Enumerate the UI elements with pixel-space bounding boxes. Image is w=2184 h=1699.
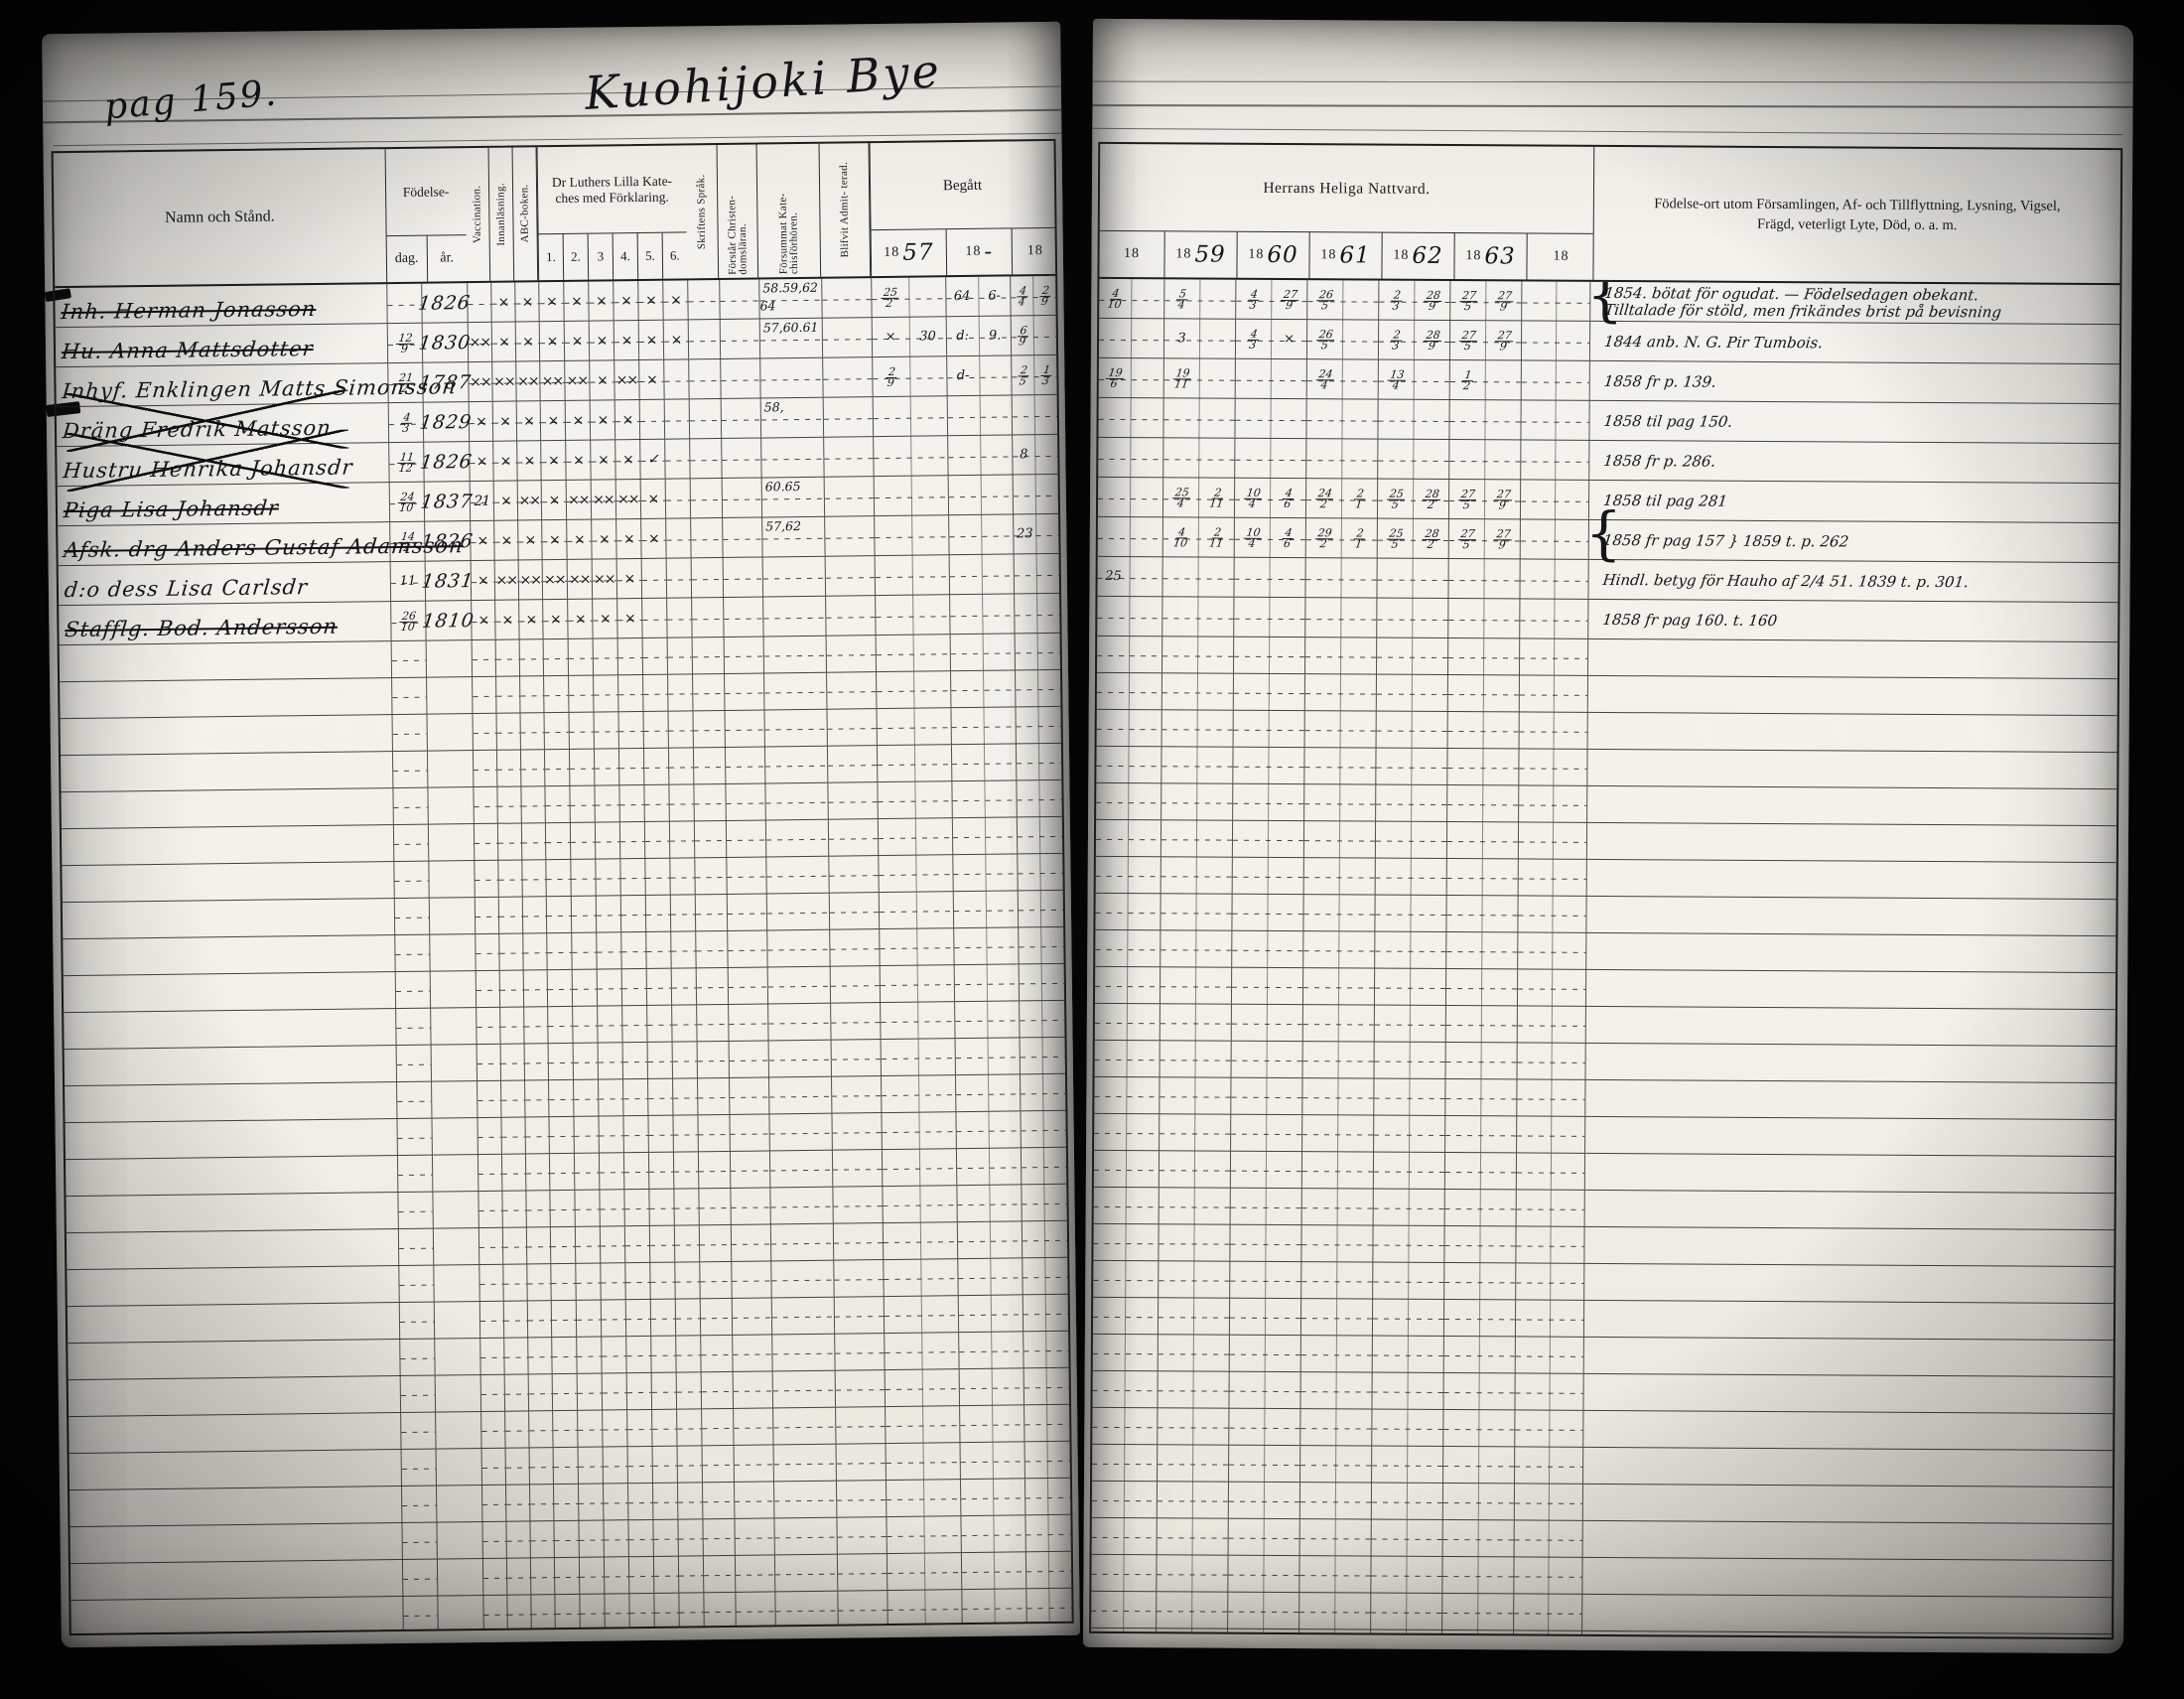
- birth-year-cell: [426, 677, 472, 714]
- missed-exams-cell: [764, 783, 827, 820]
- date-fraction: 211: [1208, 527, 1225, 547]
- year-cell-left: [1161, 857, 1196, 893]
- year-cell-right: [1555, 401, 1589, 440]
- year-cell: [1160, 967, 1231, 1003]
- year-cell-right: [1340, 711, 1376, 747]
- year-cell-right: 46: [1270, 479, 1305, 517]
- year-cell-right: [1554, 600, 1588, 638]
- mark-cell: [479, 1339, 503, 1374]
- mark-cell: ×: [663, 320, 688, 358]
- script-language-cell: [699, 1262, 731, 1298]
- year-cell: [1097, 597, 1161, 636]
- year-cell-right: [1337, 1189, 1373, 1224]
- mark-cell: ××: [539, 361, 564, 400]
- mark-cell: [646, 1006, 671, 1042]
- mark-cell: [523, 970, 547, 1006]
- year-handwritten: 62: [1412, 243, 1442, 269]
- year-cell-left: [1027, 1626, 1049, 1633]
- mark-cell: [674, 1262, 699, 1298]
- year-cell-left: 255: [1378, 519, 1413, 558]
- year-cell-left: [1091, 1592, 1123, 1628]
- year-cell-right: [1340, 674, 1376, 710]
- mark-cell: ×: [518, 600, 542, 638]
- mark-cell: [628, 1557, 653, 1593]
- date-fraction: 279: [1492, 490, 1513, 509]
- scanned-parish-register: { "colors":{"paper":"#f3f1ea","ink":"#15…: [0, 0, 2184, 1699]
- mark-cell: ×: [490, 283, 514, 322]
- year-cell-right: [1037, 670, 1060, 706]
- year-cell: [1093, 1298, 1158, 1334]
- year-cell-right: [911, 555, 949, 594]
- year-cell: 410211: [1162, 517, 1234, 556]
- year-cell-left: [879, 819, 915, 855]
- notes-cell: [1585, 933, 2116, 972]
- fraction-month: 9: [1428, 341, 1435, 351]
- year-cell: [1515, 1300, 1583, 1336]
- notes-cell: 1858 til pag 281: [1588, 481, 2118, 522]
- year-cell: [1302, 968, 1374, 1004]
- year-cell-left: [1372, 1447, 1407, 1483]
- year-cell-left: [953, 855, 985, 891]
- year-cell-left: [1229, 1372, 1264, 1408]
- name-cell: [64, 1009, 395, 1049]
- year-cell-right: [1128, 747, 1160, 782]
- birth-day-cell: [402, 1597, 437, 1632]
- admitted-cell: [822, 318, 872, 357]
- year-cell-left: [960, 1369, 992, 1405]
- year-cell-left: [1516, 1337, 1550, 1372]
- mark-cell: [649, 1226, 674, 1262]
- year-cell-right: [1045, 1295, 1068, 1331]
- year-cell-left: [1522, 281, 1556, 320]
- name-cell: [67, 1266, 398, 1306]
- year-cell: [1305, 439, 1377, 478]
- year-cell-left: [1371, 1630, 1406, 1638]
- year-cell: [1373, 1079, 1444, 1115]
- year-cell: [1371, 1520, 1442, 1556]
- year-cell-left: [1305, 598, 1340, 637]
- year-cell: [1227, 1629, 1298, 1637]
- year-cell: [881, 1112, 955, 1149]
- check-mark: ×: [622, 452, 633, 468]
- year-cell-right: [1127, 894, 1160, 929]
- year-cell-left: [1228, 1556, 1263, 1592]
- year-cell: [1519, 638, 1587, 674]
- mark-cell: ××: [564, 361, 589, 400]
- year-cell-right: [1551, 970, 1585, 1006]
- year-cell: [1442, 1520, 1514, 1556]
- year-cell-left: [1300, 1409, 1335, 1445]
- year-cell: [1230, 1115, 1301, 1151]
- year-cell-left: [1235, 399, 1270, 438]
- year-cell: [1233, 598, 1304, 637]
- name-cell: [68, 1340, 399, 1379]
- mark-cell: [477, 1081, 500, 1117]
- year-cell-left: [952, 781, 984, 817]
- year-cell-right: [985, 891, 1018, 926]
- mark-cell: ×: [493, 482, 517, 520]
- date-fraction: 282: [1421, 489, 1441, 508]
- check-mark: ××: [568, 492, 590, 507]
- year-cell-right: [1124, 1518, 1157, 1554]
- header-admitted: Blifvit Admit- terad.: [820, 143, 872, 277]
- year-cell-left: [1302, 1189, 1337, 1224]
- year-cell-right: [1199, 358, 1235, 397]
- year-cell-left: [1234, 598, 1269, 637]
- missed-exams-cell: [773, 1482, 836, 1518]
- header-catechism-line2: ches med Förklaring.: [555, 189, 669, 206]
- header-name: Namn och Stånd.: [54, 149, 387, 286]
- year-cell-left: [1094, 1151, 1126, 1187]
- year-cell-left: [1091, 1628, 1123, 1637]
- year-cell: [1516, 1153, 1584, 1189]
- year-cell-left: [1447, 749, 1482, 784]
- missed-exams-cell: [774, 1555, 837, 1592]
- understands-cell: [735, 1592, 774, 1628]
- year-cell-left: 12: [1450, 360, 1485, 399]
- check-mark: ×: [645, 292, 656, 308]
- year-cell: [1097, 637, 1161, 672]
- mark-cell: [476, 971, 499, 1007]
- mark-cell: [671, 1005, 696, 1041]
- year-cell-left: [1094, 1077, 1126, 1113]
- mark-cell: [668, 784, 693, 820]
- birth-day-cell: [401, 1450, 436, 1486]
- year-cell: [1017, 854, 1062, 891]
- mark-cell: ×: [616, 559, 641, 598]
- year-cell-left: [1230, 1225, 1265, 1261]
- missed-exams-cell: 57,60.61: [759, 319, 822, 358]
- mark-cell: [620, 932, 645, 968]
- year-cell: [1092, 1408, 1157, 1444]
- notes-cell: [1585, 1044, 2116, 1082]
- year-cell-right: [1045, 1332, 1068, 1367]
- year-cell-right: [1128, 783, 1160, 819]
- year-cell-right: [989, 1185, 1022, 1220]
- year-handwritten: 60: [1267, 242, 1297, 268]
- script-language-cell: [703, 1593, 735, 1628]
- missed-exams-cell: [763, 710, 826, 747]
- mark-cell: [499, 1007, 523, 1043]
- year-cell-left: [1305, 558, 1340, 597]
- birth-day-cell: [399, 1340, 434, 1375]
- year-cell-left: [1236, 359, 1271, 398]
- date-fraction: 255: [1385, 528, 1406, 548]
- mark-cell: [548, 1117, 573, 1153]
- missed-exams-cell: [762, 597, 825, 637]
- mark-cell: [524, 1044, 548, 1079]
- year-cell-left: [1095, 1041, 1127, 1076]
- year-cell: 23: [1013, 514, 1058, 554]
- year-cell-right: [992, 1405, 1024, 1441]
- year-cell: [1232, 821, 1303, 857]
- year-cell-left: 104: [1235, 479, 1270, 517]
- fraction-month: 9: [1428, 301, 1435, 311]
- year-cell: [1376, 712, 1447, 748]
- check-mark: ×: [575, 611, 586, 627]
- year-cell-right: [1338, 1005, 1374, 1041]
- year-cell-right: [990, 1258, 1023, 1294]
- mark-cell: [669, 858, 694, 894]
- year-cell: [1096, 747, 1160, 782]
- mark-cell: [496, 713, 520, 749]
- mark-cell: [672, 1078, 697, 1114]
- check-mark: ×: [598, 452, 609, 468]
- year-cell-right: [983, 744, 1016, 779]
- mark-cell: [569, 750, 594, 785]
- mark-cell: [593, 638, 617, 674]
- year-printed: 18: [1320, 247, 1336, 263]
- year-cell-right: [1548, 1558, 1582, 1594]
- year-cell-right: [1406, 1557, 1441, 1593]
- year-cell-right: [1408, 1263, 1443, 1299]
- mark-cell: [547, 970, 572, 1006]
- date-fraction: 43: [399, 412, 412, 432]
- year-cell: [876, 635, 950, 671]
- mark-cell: ×: [563, 282, 588, 321]
- mark-cell: ×: [493, 521, 517, 560]
- year-cell-left: [1099, 319, 1131, 357]
- mark-cell: ×: [492, 442, 516, 481]
- date-fraction: 279: [1494, 291, 1515, 311]
- year-cell: [1013, 475, 1058, 514]
- year-cell-right: [1406, 1594, 1441, 1629]
- person-name: Piga Lisa Johansdr: [63, 496, 280, 522]
- check-mark: ××: [594, 571, 615, 587]
- mark-cell: [543, 676, 568, 712]
- fraction-month: 11: [1208, 498, 1223, 508]
- year-cell-right: [1479, 1263, 1515, 1299]
- year-cell: [1371, 1447, 1442, 1483]
- year-header: 1860: [1236, 232, 1308, 278]
- year-cell-right: [1407, 1520, 1442, 1556]
- table-row: [1092, 1371, 2113, 1414]
- year-cell: [1157, 1371, 1228, 1407]
- year-cell-right: [913, 745, 951, 780]
- fraction-month: 4: [1248, 498, 1256, 508]
- year-cell: [1018, 927, 1063, 964]
- year-cell-left: [948, 396, 980, 435]
- name-cell: [70, 1597, 402, 1633]
- year-cell-right: [1550, 1154, 1584, 1190]
- year-cell-right: [1196, 747, 1232, 782]
- header-missed-examinations: Försummat Kate- chisförhören.: [757, 144, 822, 278]
- mark-cell: [475, 898, 498, 933]
- mark-cell: [602, 1410, 626, 1446]
- fraction-month: 9: [1040, 296, 1048, 306]
- year-cell: [1301, 1189, 1373, 1224]
- mark-cell: [571, 897, 596, 932]
- year-cell-left: [1019, 891, 1040, 926]
- check-mark: ×: [572, 412, 583, 428]
- mark-cell: [673, 1189, 698, 1224]
- year-cell-right: [1552, 823, 1586, 859]
- mark-cell: ×: [590, 400, 614, 439]
- admitted-cell: [835, 1407, 885, 1444]
- year-cell-left: [1098, 398, 1130, 437]
- mark-cell: [500, 1117, 524, 1153]
- year-cell-left: 23: [1379, 281, 1414, 320]
- year-cell-right: [1407, 1447, 1442, 1483]
- year-cell-left: [1017, 744, 1038, 779]
- year-cell-right: [1123, 1628, 1156, 1637]
- year-printed: 18: [1554, 249, 1570, 265]
- year-cell-left: [1160, 1188, 1194, 1223]
- year-cell: [1447, 559, 1519, 598]
- year-cell: 29: [872, 356, 946, 396]
- year-cell-left: [1304, 784, 1339, 820]
- date-fraction: 244: [1314, 369, 1335, 389]
- year-cell-left: [1025, 1515, 1047, 1551]
- mark-text: 25: [1105, 569, 1122, 584]
- year-cell: [1018, 891, 1063, 927]
- mark-cell: [603, 1484, 627, 1519]
- table-row: [1095, 930, 2116, 973]
- year-cell: [1372, 1337, 1443, 1372]
- check-mark: ××: [493, 373, 515, 389]
- mark-cell: ×: [567, 600, 592, 638]
- mark-cell: [646, 969, 671, 1005]
- year-cell: [1158, 1335, 1229, 1370]
- year-cell-right: [1335, 1519, 1371, 1555]
- mark-cell: [596, 932, 620, 968]
- year-cell-right: [993, 1552, 1025, 1588]
- mark-cell: [576, 1338, 601, 1373]
- year-cell: [1024, 1442, 1070, 1479]
- year-cell: [948, 475, 1013, 514]
- mark-cell: [573, 1080, 598, 1116]
- year-cell-left: 54: [1164, 279, 1199, 318]
- mark-cell: [627, 1484, 652, 1519]
- mark-cell: [644, 822, 669, 858]
- year-cell-left: [1377, 559, 1412, 598]
- script-language-cell: [689, 439, 721, 478]
- year-cell: [1521, 360, 1589, 399]
- year-cell-right: 6-: [978, 276, 1011, 315]
- mark-cell: [481, 1522, 505, 1558]
- mark-cell: [600, 1226, 624, 1262]
- year-cell-left: [958, 1259, 990, 1295]
- mark-cell: [619, 822, 644, 858]
- year-cell-right: [1413, 400, 1448, 439]
- year-cell-left: [876, 556, 912, 595]
- year-cell-right: [1340, 598, 1376, 637]
- script-language-cell: [696, 968, 728, 1004]
- year-cell-right: [1484, 400, 1520, 439]
- birth-day-cell: 1112: [388, 443, 423, 482]
- birth-year-cell: 1826: [423, 442, 469, 482]
- check-mark: ×: [571, 333, 582, 349]
- year-cell: [1098, 398, 1162, 437]
- left-page: pag 159. Kuohijoki Bye Namn och Stånd. F…: [42, 22, 1080, 1647]
- year-cell: [1300, 1336, 1372, 1371]
- year-cell: 275279: [1448, 480, 1520, 518]
- mark-cell: [467, 283, 490, 322]
- year-cell-right: [1483, 675, 1519, 711]
- year-cell: [954, 1001, 1019, 1038]
- mark-cell: [550, 1227, 575, 1263]
- fraction-month: 2: [886, 298, 893, 308]
- year-cell: [949, 594, 1014, 634]
- year-cell-left: 252: [872, 278, 908, 317]
- year-cell-right: [1266, 1152, 1301, 1188]
- year-cell: [1374, 1006, 1445, 1042]
- year-cell: [1092, 1482, 1157, 1517]
- table-row: [1091, 1555, 2112, 1598]
- year-cell-right: [1047, 1479, 1070, 1514]
- year-cell-right: [1192, 1371, 1228, 1407]
- mark-cell: [648, 1153, 673, 1189]
- year-cell-right: [1477, 1594, 1513, 1629]
- year-cell-right: [1191, 1555, 1227, 1591]
- year-cell-right: [1478, 1484, 1514, 1519]
- year-cell: [1233, 637, 1304, 673]
- year-cell: [882, 1186, 956, 1222]
- mark-text: 64: [954, 289, 971, 304]
- date-fraction: 275: [1456, 490, 1477, 509]
- year-cell: [1019, 964, 1064, 1001]
- year-cell: [1024, 1405, 1069, 1442]
- year-cell-right: [1192, 1408, 1228, 1444]
- year-cell: [1012, 395, 1057, 435]
- year-cell-left: [1163, 438, 1198, 477]
- year-cell: [881, 1075, 955, 1112]
- mark-cell: [543, 639, 568, 675]
- year-cell-right: 279: [1484, 480, 1520, 518]
- mark-cell: [572, 970, 597, 1006]
- missed-exams-cell: [763, 673, 826, 710]
- mark-cell: ×: [564, 322, 589, 360]
- mark-cell: ×: [590, 440, 614, 479]
- year-cell-left: [1234, 558, 1269, 597]
- missed-exams-cell: [765, 857, 828, 894]
- year-cell-left: [1159, 1261, 1193, 1297]
- year-cell: [879, 892, 953, 928]
- year-cell-left: [1160, 894, 1195, 929]
- fraction-month: 5: [1019, 375, 1026, 385]
- year-cell: 275279: [1449, 321, 1521, 359]
- mark-cell: [507, 1631, 531, 1633]
- admitted-cell: [830, 1003, 880, 1040]
- check-mark: ×: [547, 413, 558, 429]
- mark-text: 30: [919, 329, 936, 344]
- check-mark: ×: [500, 532, 511, 548]
- year-cell: [1228, 1446, 1299, 1482]
- year-cell-right: [1268, 858, 1303, 894]
- check-mark: ×: [523, 453, 534, 469]
- year-cell-left: [1518, 1006, 1552, 1042]
- year-cell: [950, 707, 1015, 744]
- birth-year-cell: 1787: [422, 362, 468, 402]
- check-mark: ××: [593, 492, 614, 507]
- understands-cell: [731, 1261, 770, 1297]
- year-cell-right: [1268, 784, 1303, 820]
- mark-cell: [521, 860, 545, 896]
- check-mark: ×: [476, 453, 486, 469]
- date-fraction: 44: [1016, 286, 1028, 306]
- year-cell-right: [1042, 1074, 1065, 1110]
- year-cell-right: [1410, 969, 1445, 1005]
- year-cell-left: [1516, 1300, 1550, 1336]
- mark-cell: [482, 1596, 506, 1631]
- check-mark: ×: [548, 492, 559, 507]
- year-cell-right: [987, 1001, 1020, 1037]
- script-language-cell: [693, 784, 725, 820]
- year-cell: [1233, 674, 1304, 710]
- year-printed: 18: [884, 245, 899, 261]
- year-cell-right: [1553, 639, 1587, 675]
- year-cell: [1443, 1300, 1515, 1336]
